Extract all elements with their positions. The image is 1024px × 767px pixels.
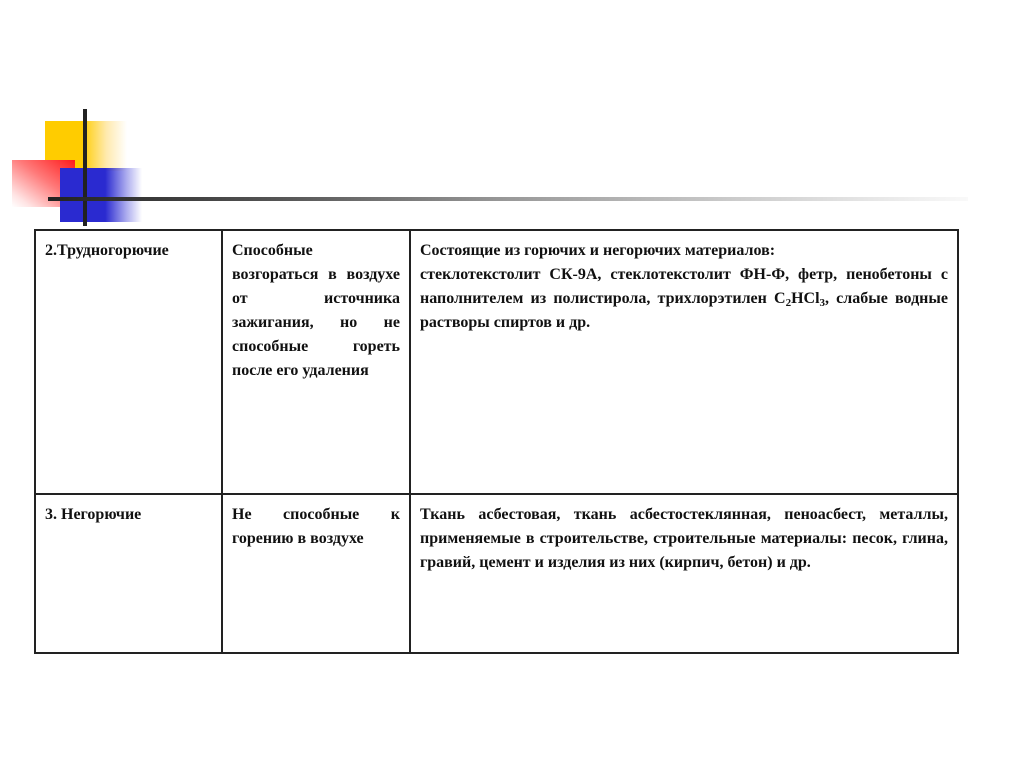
examples-heading: Состоящие из горючих и негорючих материа…: [420, 239, 948, 263]
formula-part: C: [774, 290, 786, 307]
decorative-vertical-line: [83, 109, 87, 226]
examples-text: Ткань асбестовая, ткань асбестостеклянна…: [420, 506, 948, 571]
examples-cell: Состоящие из горючих и негорючих материа…: [410, 230, 958, 494]
description-text: Не способные к горению в воздухе: [232, 506, 400, 547]
description-cell: Способные возгораться в воздухе от источ…: [222, 230, 410, 494]
chemical-formula: C2HCl3: [774, 290, 825, 307]
decorative-blue-square: [60, 168, 142, 222]
examples-cell: Ткань асбестовая, ткань асбестостеклянна…: [410, 494, 958, 653]
category-cell: 2.Трудногорючие: [35, 230, 222, 494]
description-cell: Не способные к горению в воздухе: [222, 494, 410, 653]
description-text: Способные возгораться в воздухе от источ…: [232, 242, 400, 379]
decorative-horizontal-line: [48, 197, 968, 201]
examples-text: стеклотекстолит СК-9А, стеклотекстолит Ф…: [420, 266, 948, 331]
category-label: 3. Негорючие: [45, 506, 141, 523]
category-cell: 3. Негорючие: [35, 494, 222, 653]
category-label: 2.Трудногорючие: [45, 242, 169, 259]
flammability-table: 2.Трудногорючие Способные возгораться в …: [34, 229, 959, 654]
formula-part: HCl: [791, 290, 819, 307]
table-row: 2.Трудногорючие Способные возгораться в …: [35, 230, 958, 494]
table-row: 3. Негорючие Не способные к горению в во…: [35, 494, 958, 653]
